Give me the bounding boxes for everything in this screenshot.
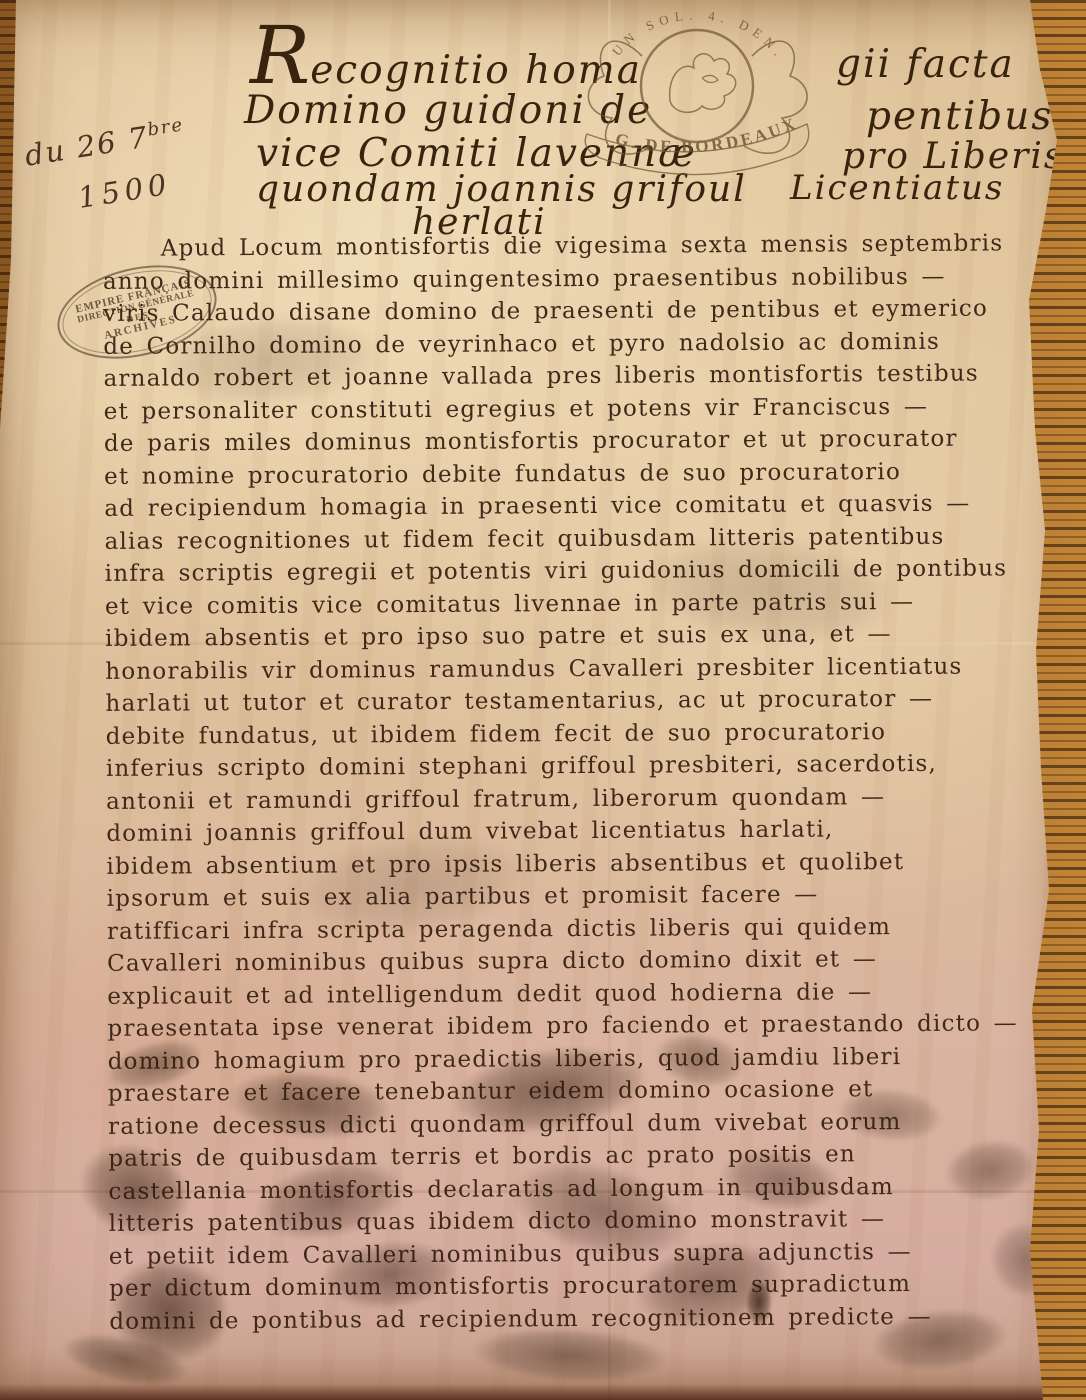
manuscript-photo: du 26 7bre 1500 Recognitio homa Domino g… [0,0,1086,1400]
parchment-sheet: du 26 7bre 1500 Recognitio homa Domino g… [0,0,1086,1400]
manuscript-line: de paris miles dominus montisfortis proc… [104,422,1056,460]
margin-date-note: du 26 7bre 1500 [22,114,195,222]
heading-line: pentibus [866,94,1053,139]
heading-line: gii facta [836,42,1015,87]
manuscript-line: ad recipiendum homagia in praesenti vice… [104,487,1056,525]
margin-date-superscript: bre [146,114,186,140]
manuscript-line: inferius scripto domini stephani griffou… [106,747,1058,785]
bottom-shadow [0,1384,1086,1400]
margin-year: 1500 [76,163,196,215]
margin-date-text: du 26 7 [22,120,151,173]
revenue-stamp: UN SOL. 4. DEN. G. DE BORDEAUX [552,6,842,178]
archive-stamp-line: DES [126,309,151,324]
manuscript-line: harlati ut tutor et curator testamentari… [105,682,1057,720]
revenue-stamp-name: G. DE BORDEAUX [614,113,801,156]
archive-stamp-line: EMPIRE FRANÇAIS [74,277,192,315]
manuscript-line: Apud Locum montisfortis die vigesima sex… [103,227,1055,265]
